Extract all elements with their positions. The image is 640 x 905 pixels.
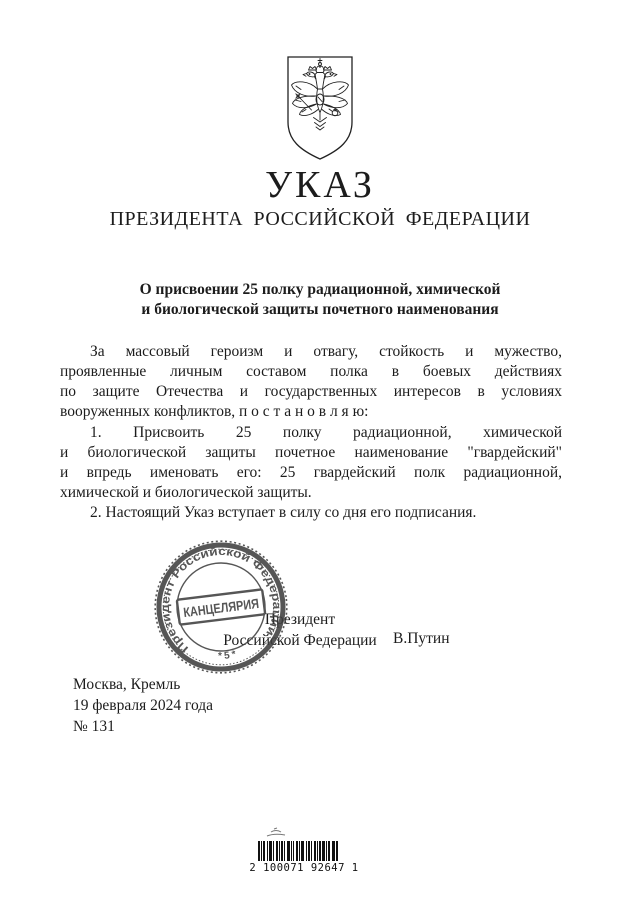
footer-block: Москва, Кремль 19 февраля 2024 года № 13…	[73, 674, 213, 737]
body-line: вооруженных конфликтов, п о с т а н о в …	[60, 402, 562, 422]
body-line: химической и биологической защиты.	[60, 483, 562, 503]
subject-line: и биологической защиты почетного наимено…	[0, 300, 640, 320]
barcode-bar	[336, 841, 338, 861]
subject-line: О присвоении 25 полку радиационной, хими…	[0, 280, 640, 300]
body-line: и биологической защиты почетное наименов…	[60, 443, 562, 463]
body-line: по защите Отечества и государственных ин…	[60, 382, 562, 402]
decree-subject: О присвоении 25 полку радиационной, хими…	[0, 280, 640, 319]
barcode-digits: 2 100071 92647 1	[249, 862, 359, 874]
body-line: и впредь именовать его: 25 гвардейский п…	[60, 463, 562, 483]
body-line: проявленные личным составом полка в боев…	[60, 362, 562, 382]
chancellery-stamp: Президент Российской Федерации * 5 * КАН…	[146, 532, 296, 682]
coat-of-arms-icon	[282, 54, 358, 160]
body-line: 1. Присвоить 25 полку радиационной, хими…	[60, 423, 562, 443]
decree-document: УКАЗ ПРЕЗИДЕНТА РОССИЙСКОЙ ФЕДЕРАЦИИ О п…	[0, 0, 640, 905]
signature-name: В.Путин	[393, 630, 450, 648]
body-text: За массовый героизм и отвагу, стойкость …	[60, 342, 562, 523]
smudge-mark	[263, 827, 289, 839]
document-title: УКАЗ	[0, 163, 640, 207]
footer-number: № 131	[73, 716, 213, 737]
footer-date: 19 февраля 2024 года	[73, 695, 213, 716]
document-subtitle: ПРЕЗИДЕНТА РОССИЙСКОЙ ФЕДЕРАЦИИ	[0, 208, 640, 231]
body-line: За массовый героизм и отвагу, стойкость …	[60, 342, 562, 362]
barcode-bars	[258, 841, 338, 861]
body-line: 2. Настоящий Указ вступает в силу со дня…	[60, 503, 562, 523]
